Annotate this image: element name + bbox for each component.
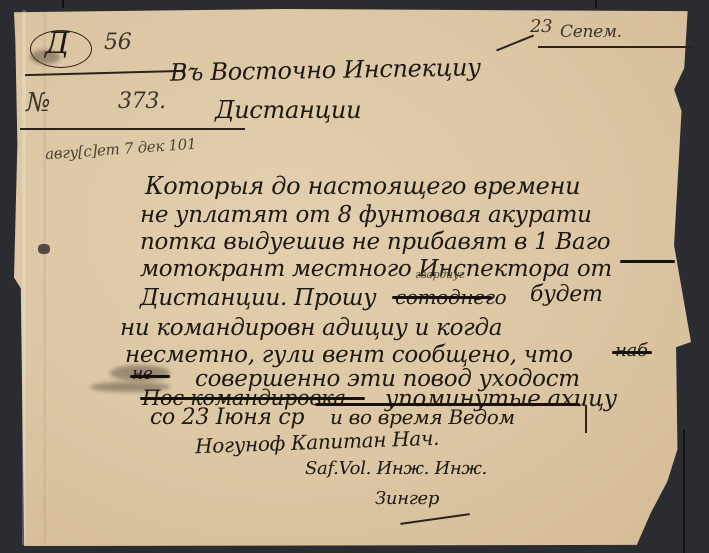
mount-tick	[62, 0, 64, 8]
struck-word: не	[132, 364, 153, 384]
outgoing-mark: №	[26, 88, 50, 118]
mount-edge-line	[683, 430, 685, 553]
outgoing-number: 373.	[118, 89, 166, 114]
body-line: мотокрант местного Инспектора от	[140, 256, 612, 282]
body-line: не уплатят от 8 фунтовая акурати	[140, 202, 592, 228]
strikethrough	[612, 351, 652, 354]
addressee-line1: Въ Восточно Инспекциу	[170, 53, 481, 86]
header-rule	[20, 128, 245, 130]
line-stroke	[620, 260, 675, 263]
insertion-above: гвардиуг	[415, 268, 464, 281]
date-underline	[538, 46, 693, 48]
strikethrough	[140, 397, 365, 400]
date-month: Сепем.	[560, 22, 622, 42]
body-line: Которыя до настоящего времени	[145, 172, 580, 200]
paper-hole	[38, 244, 50, 254]
body-line: Дистанции. Прошу	[140, 285, 376, 311]
insertion-word: будет	[530, 282, 603, 307]
signature-line3: Зингер	[375, 488, 439, 509]
strikethrough	[392, 296, 492, 299]
addressee-line2: Дистанции	[215, 96, 361, 124]
ink-smudge	[30, 50, 60, 64]
body-line: со 23 Іюня ср	[150, 405, 304, 430]
body-line: ни командировн адициу и когда	[120, 315, 502, 341]
body-line: несметно, гули вент сообщено, что	[125, 342, 573, 368]
registry-number: 56	[104, 30, 131, 55]
signature-line2: Saf.Vol. Инж. Инж.	[305, 458, 487, 479]
pen-tick	[585, 405, 587, 433]
strikethrough	[315, 403, 580, 406]
mount-tick	[595, 0, 597, 8]
body-line: потка выдуешив не прибавят в 1 Ваго	[140, 229, 610, 255]
strikethrough	[130, 375, 170, 378]
